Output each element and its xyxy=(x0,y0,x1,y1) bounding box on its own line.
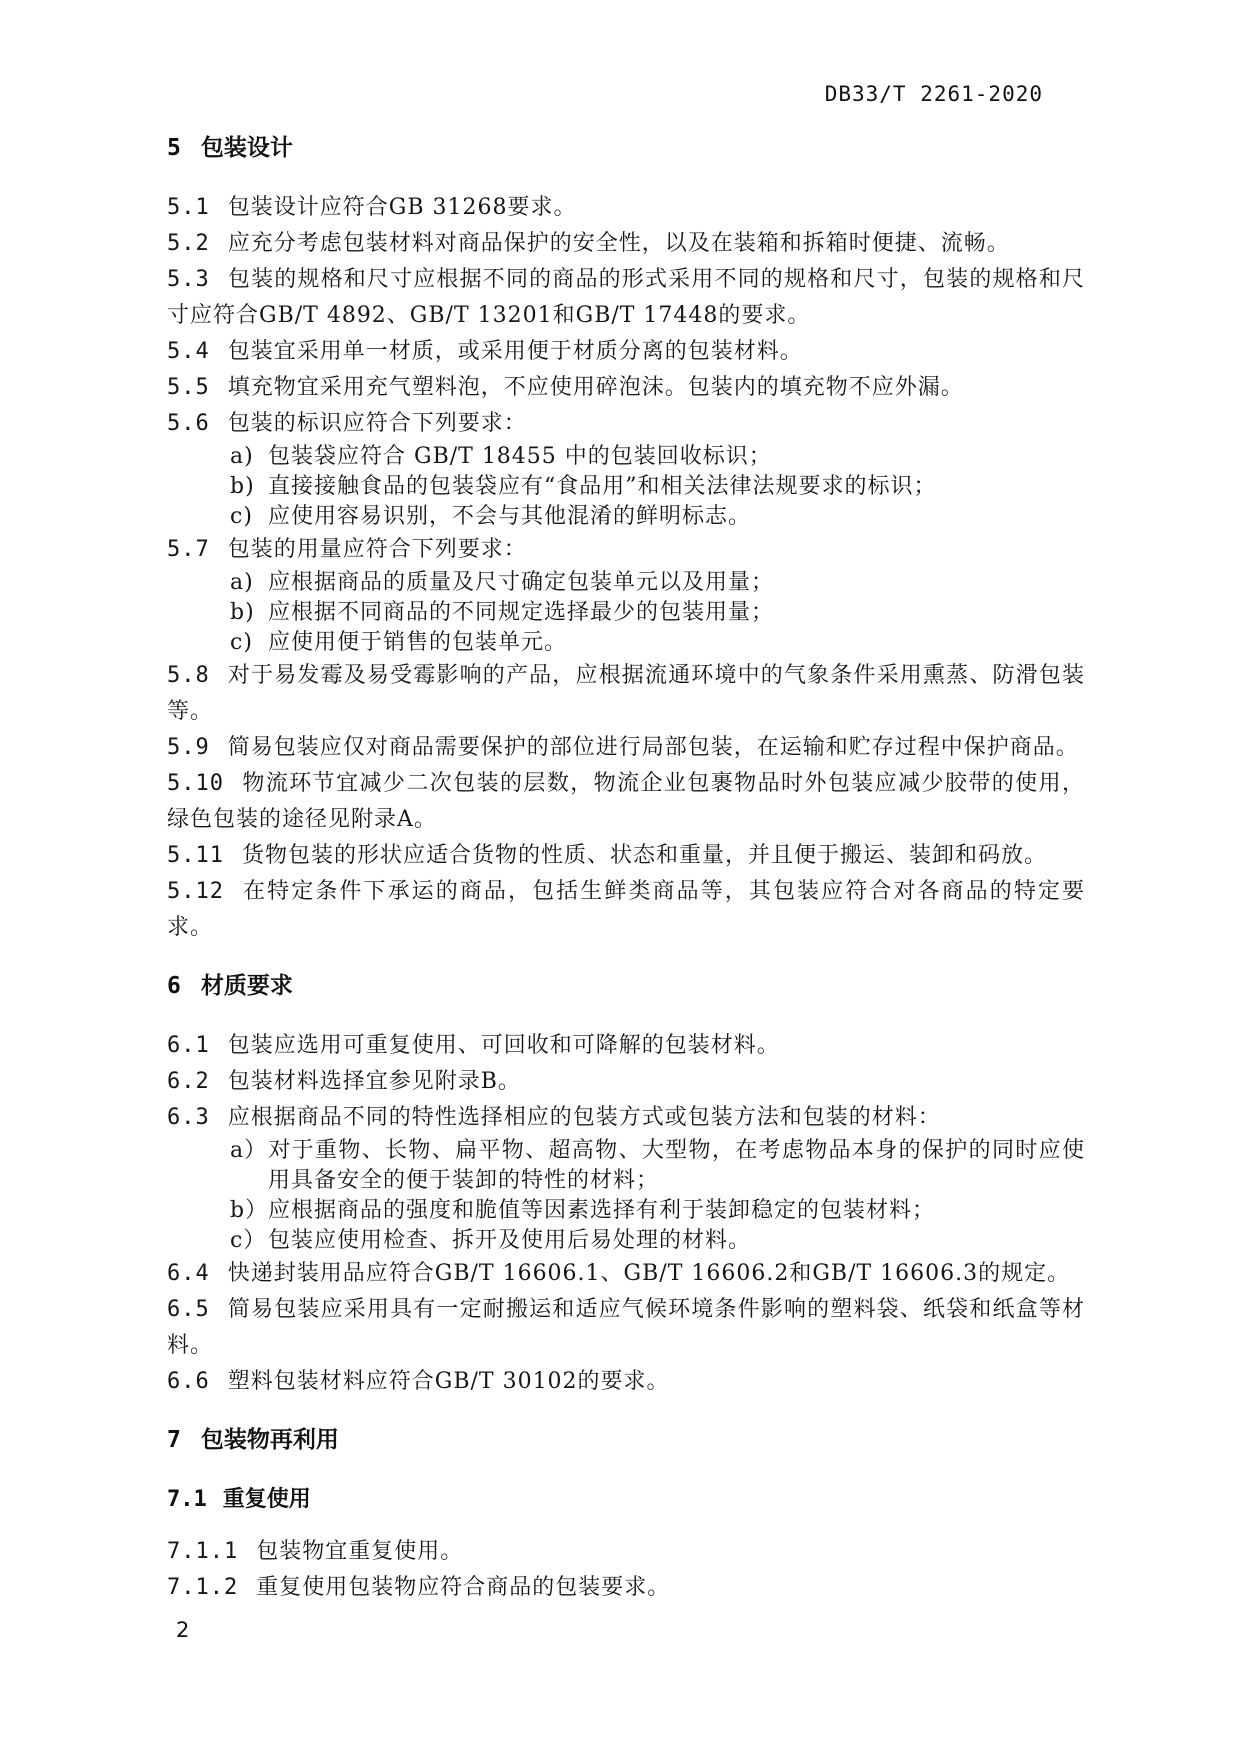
section-6-title: 材质要求 xyxy=(201,973,293,999)
clause-number: 6.4 xyxy=(167,1261,210,1286)
clause-number: 5.6 xyxy=(167,411,210,436)
clause-number: 6.6 xyxy=(167,1369,210,1394)
list-item-6-3-a: a）对于重物、长物、扁平物、超高物、大型物，在考虑物品本身的保护的同时应使用具备… xyxy=(167,1136,1085,1196)
clause-5-9: 5.9简易包装应仅对商品需要保护的部位进行局部包装，在运输和贮存过程中保护商品。 xyxy=(167,730,1085,766)
section-6-number: 6 xyxy=(167,973,181,999)
clause-text: 应充分考虑包装材料对商品保护的安全性，以及在装箱和拆箱时便捷、流畅。 xyxy=(228,231,1010,256)
list-item-5-7-a: a)应根据商品的质量及尺寸确定包装单元以及用量； xyxy=(167,568,1085,598)
list-item-label: c) xyxy=(230,502,268,532)
list-item-label: b） xyxy=(230,1196,268,1226)
clause-7-1-2: 7.1.2重复使用包装物应符合商品的包装要求。 xyxy=(167,1570,1085,1606)
clause-number: 6.5 xyxy=(167,1297,210,1322)
clause-text: 包装宜采用单一材质，或采用便于材质分离的包装材料。 xyxy=(228,339,803,364)
clause-5-7: 5.7包装的用量应符合下列要求： xyxy=(167,532,1085,568)
clause-5-4: 5.4包装宜采用单一材质，或采用便于材质分离的包装材料。 xyxy=(167,334,1085,370)
clause-text: 在特定条件下承运的商品，包括生鲜类商品等，其包装应符合对各商品的特定要求。 xyxy=(167,879,1085,940)
clause-number: 5.7 xyxy=(167,537,210,562)
clause-5-3: 5.3包装的规格和尺寸应根据不同的商品的形式采用不同的规格和尺寸，包装的规格和尺… xyxy=(167,262,1085,334)
clause-6-2: 6.2包装材料选择宜参见附录B。 xyxy=(167,1064,1085,1100)
list-item-label: a） xyxy=(230,1136,268,1166)
list-item-text: 应根据商品的强度和脆值等因素选择有利于装卸稳定的包装材料； xyxy=(268,1198,935,1223)
clause-number: 6.2 xyxy=(167,1069,210,1094)
page-number: 2 xyxy=(176,1618,189,1642)
section-7-heading: 7包装物再利用 xyxy=(167,1420,1085,1460)
list-item-text: 应使用容易识别，不会与其他混淆的鲜明标志。 xyxy=(268,504,751,529)
clause-5-8: 5.8对于易发霉及易受霉影响的产品，应根据流通环境中的气象条件采用熏蒸、防滑包装… xyxy=(167,658,1085,730)
clause-number: 5.3 xyxy=(167,267,210,292)
clause-text: 货物包装的形状应适合货物的性质、状态和重量，并且便于搬运、装卸和码放。 xyxy=(242,843,1047,868)
list-item-label: a) xyxy=(230,442,268,472)
clause-5-6: 5.6包装的标识应符合下列要求： xyxy=(167,406,1085,442)
clause-number: 6.1 xyxy=(167,1033,210,1058)
clause-text: 塑料包装材料应符合GB/T 30102的要求。 xyxy=(228,1369,670,1394)
subsection-7-1-title: 重复使用 xyxy=(223,1487,311,1512)
clause-text: 简易包装应采用具有一定耐搬运和适应气候环境条件影响的塑料袋、纸袋和纸盒等材料。 xyxy=(167,1297,1085,1358)
clause-5-5: 5.5填充物宜采用充气塑料泡，不应使用碎泡沫。包装内的填充物不应外漏。 xyxy=(167,370,1085,406)
section-5: 5包装设计 5.1包装设计应符合GB 31268要求。 5.2应充分考虑包装材料… xyxy=(167,128,1085,946)
section-7-number: 7 xyxy=(167,1427,181,1453)
list-item-6-3-b: b）应根据商品的强度和脆值等因素选择有利于装卸稳定的包装材料； xyxy=(167,1196,1085,1226)
clause-text: 包装物宜重复使用。 xyxy=(256,1539,463,1564)
clause-text: 简易包装应仅对商品需要保护的部位进行局部包装，在运输和贮存过程中保护商品。 xyxy=(228,735,1079,760)
list-item-text: 直接接触食品的包装袋应有“食品用”和相关法律法规要求的标识； xyxy=(268,474,937,499)
clause-text: 包装应选用可重复使用、可回收和可降解的包装材料。 xyxy=(228,1033,780,1058)
document-content: 5包装设计 5.1包装设计应符合GB 31268要求。 5.2应充分考虑包装材料… xyxy=(167,128,1085,1606)
clause-5-10: 5.10物流环节宜减少二次包装的层数，物流企业包裹物品时外包装应减少胶带的使用，… xyxy=(167,766,1085,838)
clause-number: 5.11 xyxy=(167,843,224,868)
clause-6-5: 6.5简易包装应采用具有一定耐搬运和适应气候环境条件影响的塑料袋、纸袋和纸盒等材… xyxy=(167,1292,1085,1364)
list-item-6-3-c: c）包装应使用检查、拆开及使用后易处理的材料。 xyxy=(167,1226,1085,1256)
list-item-5-7-c: c)应使用便于销售的包装单元。 xyxy=(167,628,1085,658)
clause-number: 5.4 xyxy=(167,339,210,364)
list-item-5-7-b: b)应根据不同商品的不同规定选择最少的包装用量； xyxy=(167,598,1085,628)
clause-6-1: 6.1包装应选用可重复使用、可回收和可降解的包装材料。 xyxy=(167,1028,1085,1064)
document-page: DB33/T 2261-2020 5包装设计 5.1包装设计应符合GB 3126… xyxy=(0,0,1241,1755)
clause-text: 包装的用量应符合下列要求： xyxy=(228,537,527,562)
clause-number: 5.8 xyxy=(167,663,210,688)
clause-5-11: 5.11货物包装的形状应适合货物的性质、状态和重量，并且便于搬运、装卸和码放。 xyxy=(167,838,1085,874)
clause-text: 包装材料选择宜参见附录B。 xyxy=(228,1069,521,1094)
list-item-label: c) xyxy=(230,628,268,658)
clause-text: 应根据商品不同的特性选择相应的包装方式或包装方法和包装的材料： xyxy=(228,1105,941,1130)
list-item-label: c） xyxy=(230,1226,268,1256)
section-5-number: 5 xyxy=(167,135,181,161)
clause-6-3: 6.3应根据商品不同的特性选择相应的包装方式或包装方法和包装的材料： xyxy=(167,1100,1085,1136)
list-item-label: a) xyxy=(230,568,268,598)
list-item-label: b) xyxy=(230,472,268,502)
clause-text: 包装的规格和尺寸应根据不同的商品的形式采用不同的规格和尺寸，包装的规格和尺寸应符… xyxy=(167,267,1085,328)
list-item-text: 包装袋应符合 GB/T 18455 中的包装回收标识； xyxy=(268,444,772,469)
section-6-heading: 6材质要求 xyxy=(167,966,1085,1006)
clause-6-4: 6.4快递封装用品应符合GB/T 16606.1、GB/T 16606.2和GB… xyxy=(167,1256,1085,1292)
section-7-title: 包装物再利用 xyxy=(201,1427,339,1453)
clause-number: 5.10 xyxy=(167,771,224,796)
section-5-title: 包装设计 xyxy=(201,135,293,161)
clause-5-12: 5.12在特定条件下承运的商品，包括生鲜类商品等，其包装应符合对各商品的特定要求… xyxy=(167,874,1085,946)
clause-number: 7.1.2 xyxy=(167,1575,238,1600)
clause-5-1: 5.1包装设计应符合GB 31268要求。 xyxy=(167,190,1085,226)
list-item-5-6-c: c)应使用容易识别，不会与其他混淆的鲜明标志。 xyxy=(167,502,1085,532)
clause-text: 重复使用包装物应符合商品的包装要求。 xyxy=(256,1575,670,1600)
clause-6-6: 6.6塑料包装材料应符合GB/T 30102的要求。 xyxy=(167,1364,1085,1400)
clause-text: 包装设计应符合GB 31268要求。 xyxy=(228,195,577,220)
clause-number: 5.1 xyxy=(167,195,210,220)
subsection-7-1-number: 7.1 xyxy=(167,1487,207,1512)
list-item-text: 包装应使用检查、拆开及使用后易处理的材料。 xyxy=(268,1228,751,1253)
clause-text: 快递封装用品应符合GB/T 16606.1、GB/T 16606.2和GB/T … xyxy=(228,1261,1070,1286)
list-item-5-6-b: b)直接接触食品的包装袋应有“食品用”和相关法律法规要求的标识； xyxy=(167,472,1085,502)
section-7: 7包装物再利用 7.1重复使用 7.1.1包装物宜重复使用。 7.1.2重复使用… xyxy=(167,1420,1085,1606)
clause-number: 7.1.1 xyxy=(167,1539,238,1564)
clause-text: 填充物宜采用充气塑料泡，不应使用碎泡沫。包装内的填充物不应外漏。 xyxy=(228,375,964,400)
list-item-text: 应使用便于销售的包装单元。 xyxy=(268,630,567,655)
section-5-heading: 5包装设计 xyxy=(167,128,1085,168)
clause-7-1-1: 7.1.1包装物宜重复使用。 xyxy=(167,1534,1085,1570)
list-item-text: 应根据不同商品的不同规定选择最少的包装用量； xyxy=(268,600,774,625)
clause-number: 6.3 xyxy=(167,1105,210,1130)
clause-number: 5.5 xyxy=(167,375,210,400)
list-item-5-6-a: a)包装袋应符合 GB/T 18455 中的包装回收标识； xyxy=(167,442,1085,472)
doc-number: DB33/T 2261-2020 xyxy=(825,82,1043,106)
list-item-label: b) xyxy=(230,598,268,628)
clause-number: 5.9 xyxy=(167,735,210,760)
clause-number: 5.2 xyxy=(167,231,210,256)
clause-5-2: 5.2应充分考虑包装材料对商品保护的安全性，以及在装箱和拆箱时便捷、流畅。 xyxy=(167,226,1085,262)
section-6: 6材质要求 6.1包装应选用可重复使用、可回收和可降解的包装材料。 6.2包装材… xyxy=(167,966,1085,1400)
clause-text: 物流环节宜减少二次包装的层数，物流企业包裹物品时外包装应减少胶带的使用，绿色包装… xyxy=(167,771,1085,832)
subsection-7-1-heading: 7.1重复使用 xyxy=(167,1482,1085,1518)
clause-number: 5.12 xyxy=(167,879,224,904)
list-item-text: 对于重物、长物、扁平物、超高物、大型物，在考虑物品本身的保护的同时应使用具备安全… xyxy=(268,1138,1085,1193)
clause-text: 包装的标识应符合下列要求： xyxy=(228,411,527,436)
list-item-text: 应根据商品的质量及尺寸确定包装单元以及用量； xyxy=(268,570,774,595)
clause-text: 对于易发霉及易受霉影响的产品，应根据流通环境中的气象条件采用熏蒸、防滑包装等。 xyxy=(167,663,1085,724)
